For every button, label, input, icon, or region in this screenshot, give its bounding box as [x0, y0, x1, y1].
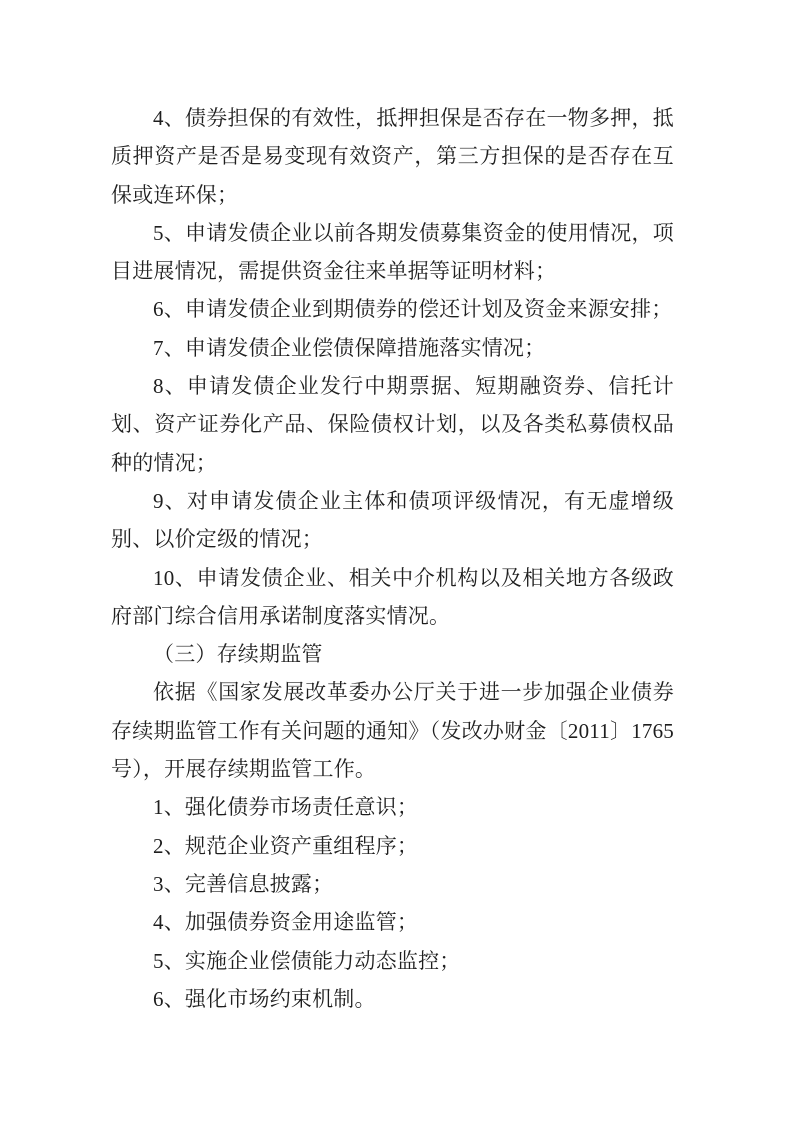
- paragraph-item-10: 10、申请发债企业、相关中介机构以及相关地方各级政府部门综合信用承诺制度落实情况…: [111, 559, 674, 636]
- paragraph-duration-1: 1、强化债券市场责任意识；: [111, 788, 674, 826]
- paragraph-duration-6: 6、强化市场约束机制。: [111, 980, 674, 1018]
- paragraph-item-8: 8、申请发债企业发行中期票据、短期融资券、信托计划、资产证券化产品、保险债权计划…: [111, 367, 674, 482]
- paragraph-duration-5: 5、实施企业偿债能力动态监控；: [111, 942, 674, 980]
- paragraph-item-7: 7、申请发债企业偿债保障措施落实情况；: [111, 329, 674, 367]
- paragraph-item-4: 4、债券担保的有效性，抵押担保是否存在一物多押，抵质押资产是否是易变现有效资产，…: [111, 99, 674, 214]
- document-page: 4、债券担保的有效性，抵押担保是否存在一物多押，抵质押资产是否是易变现有效资产，…: [0, 0, 793, 1122]
- paragraph-duration-2: 2、规范企业资产重组程序；: [111, 827, 674, 865]
- paragraph-item-9: 9、对申请发债企业主体和债项评级情况，有无虚增级别、以价定级的情况；: [111, 482, 674, 559]
- section-heading: （三）存续期监管: [111, 635, 674, 673]
- paragraph-duration-3: 3、完善信息披露；: [111, 865, 674, 903]
- paragraph-duration-4: 4、加强债券资金用途监管；: [111, 903, 674, 941]
- paragraph-item-5: 5、申请发债企业以前各期发债募集资金的使用情况，项目进展情况，需提供资金往来单据…: [111, 214, 674, 291]
- paragraph-item-6: 6、申请发债企业到期债券的偿还计划及资金来源安排；: [111, 290, 674, 328]
- paragraph-basis: 依据《国家发展改革委办公厅关于进一步加强企业债券存续期监管工作有关问题的通知》（…: [111, 673, 674, 788]
